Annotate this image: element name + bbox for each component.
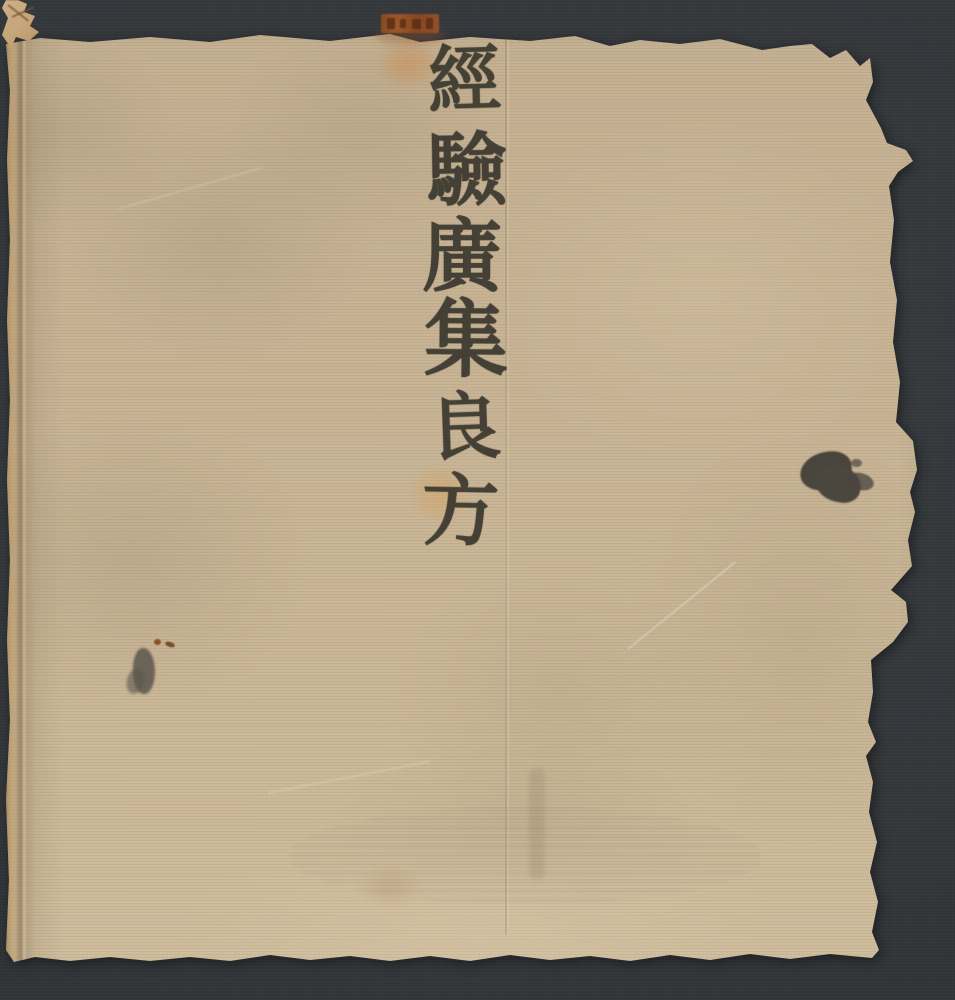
stamp-mark bbox=[400, 19, 406, 28]
title-char-4: 集 bbox=[424, 298, 509, 383]
title-char-5: 良 bbox=[427, 390, 503, 466]
rust-speck bbox=[154, 639, 161, 645]
manuscript-cover-page: 經 驗 廣 集 良 方 bbox=[0, 0, 955, 1000]
stamp-mark bbox=[387, 18, 395, 29]
scan-backdrop: 經 驗 廣 集 良 方 bbox=[0, 0, 955, 1000]
faint-brown-stain bbox=[345, 858, 435, 916]
stamp-mark bbox=[426, 18, 433, 29]
stamp-mark bbox=[412, 19, 421, 29]
spine-fold-shading bbox=[0, 0, 36, 1000]
red-stamp bbox=[381, 14, 439, 33]
ink-blot-dot bbox=[851, 459, 862, 467]
manuscript-page-wrap: 經 驗 廣 集 良 方 bbox=[0, 0, 955, 1000]
title-char-6: 方 bbox=[421, 473, 499, 551]
title-char-2: 驗 bbox=[426, 129, 507, 210]
title-char-1: 經 bbox=[427, 43, 502, 118]
title-char-3: 廣 bbox=[422, 216, 502, 296]
